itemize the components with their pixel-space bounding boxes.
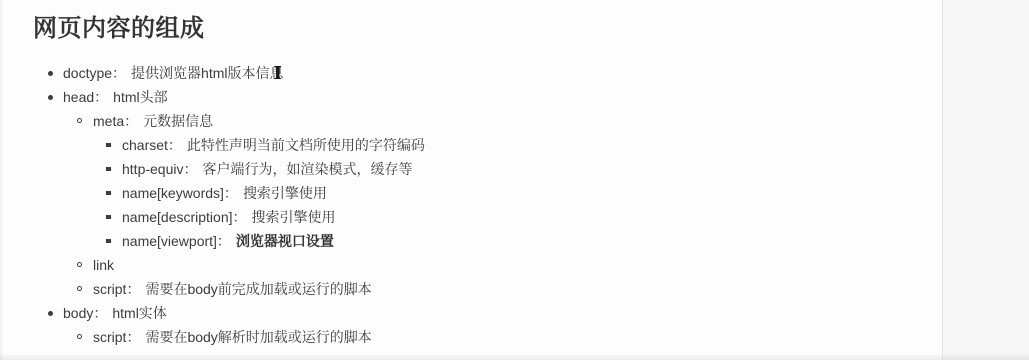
list-item[interactable]: link [0,253,942,277]
bullet-icon [106,215,111,220]
list-item-description: 搜索引擎使用 [252,209,336,225]
list-item-label: link [93,257,114,273]
list-item-label: script： [93,281,140,297]
page-title[interactable]: 网页内容的组成 [33,15,205,43]
list-item[interactable]: script：需要在body解析时加载或运行的脚本 [0,325,942,349]
list-item-label: meta： [93,113,138,129]
list-item-description: 需要在body解析时加载或运行的脚本 [145,329,371,345]
list-item-description: 需要在body前完成加载或运行的脚本 [145,281,371,297]
bullet-icon [48,95,53,100]
list-item-description: 浏览器视口设置 [236,233,334,249]
bullet-icon [48,311,53,316]
bullet-icon [77,118,82,123]
list-item[interactable]: name[viewport]：浏览器视口设置 [0,229,942,253]
list-item-description: html实体 [112,305,166,321]
list-item[interactable]: http-equiv：客户端行为，如渲染模式，缓存等 [0,157,942,181]
list-item-label: name[viewport]： [122,233,231,249]
bullet-icon [106,167,111,172]
list-item[interactable]: body：html实体 [0,301,942,325]
list-item-description: html头部 [113,89,167,105]
bullet-icon [77,334,82,339]
list-item-label: doctype： [63,65,126,81]
list-item[interactable]: charset：此特性声明当前文档所使用的字符编码 [0,133,942,157]
bullet-icon [106,191,111,196]
outline-list: doctype：提供浏览器html版本信息I head：html头部 meta：… [0,61,942,349]
list-item-description: 搜索引擎使用 [243,185,327,201]
list-item-label: script： [93,329,140,345]
list-item-description: 客户端行为，如渲染模式，缓存等 [202,161,412,177]
bullet-icon [77,286,82,291]
list-item[interactable]: script：需要在body前完成加载或运行的脚本 [0,277,942,301]
list-item-label: head： [63,89,108,105]
list-item[interactable]: name[keywords]：搜索引擎使用 [0,181,942,205]
right-panel-strip [942,0,1029,360]
list-item-description: 此特性声明当前文档所使用的字符编码 [187,137,425,153]
list-item[interactable]: doctype：提供浏览器html版本信息I [0,61,942,85]
bottom-edge-shadow [0,353,1029,360]
list-item[interactable]: name[description]：搜索引擎使用 [0,205,942,229]
bullet-icon [48,71,53,76]
bullet-icon [106,143,111,148]
bullet-icon [106,239,111,244]
list-item-description: 元数据信息 [143,113,213,129]
bullet-icon [77,262,82,267]
list-item-label: name[description]： [122,209,247,225]
list-item[interactable]: meta：元数据信息 [0,109,942,133]
list-item[interactable]: head：html头部 [0,85,942,109]
list-item-label: charset： [122,137,182,153]
notes-page: 网页内容的组成 doctype：提供浏览器html版本信息I head：html… [0,0,1029,360]
list-item-label: http-equiv： [122,161,197,177]
list-item-label: name[keywords]： [122,185,238,201]
list-item-description: 提供浏览器html版本信息 [131,65,283,81]
list-item-label: body： [63,305,107,321]
